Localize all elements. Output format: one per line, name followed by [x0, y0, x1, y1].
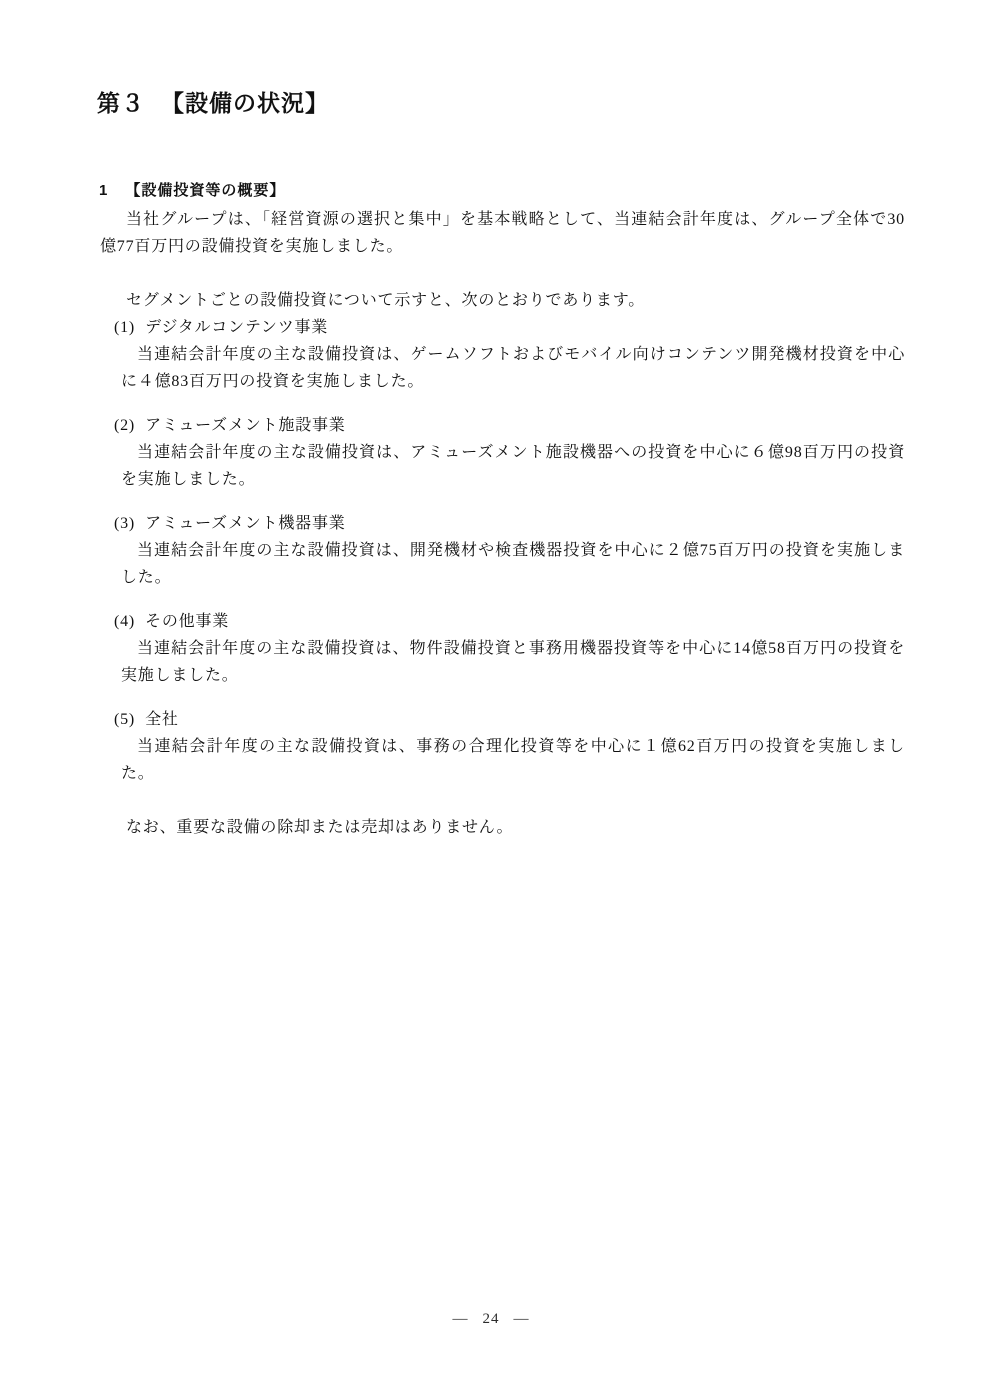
- chapter-number: 第３: [97, 90, 145, 116]
- section-heading: 1【設備投資等の概要】: [99, 183, 982, 198]
- section-title-text: 【設備投資等の概要】: [125, 182, 285, 199]
- segment-item-number: (5): [114, 711, 135, 728]
- segment-item-number: (1): [114, 319, 135, 336]
- intro-paragraph: 当社グループは、「経営資源の選択と集中」を基本戦略として、当連結会計年度は、グル…: [100, 206, 905, 260]
- segment-item-label: 全社: [145, 711, 179, 728]
- segment-item-2: (2)アミューズメント施設事業 当連結会計年度の主な設備投資は、アミューズメント…: [100, 412, 905, 493]
- section-content: 当社グループは、「経営資源の選択と集中」を基本戦略として、当連結会計年度は、グル…: [100, 206, 905, 841]
- page-footer: ―24―: [0, 1312, 982, 1327]
- lead-sentence: セグメントごとの設備投資について示すと、次のとおりであります。: [100, 287, 905, 314]
- segment-item-heading: (1)デジタルコンテンツ事業: [100, 314, 905, 341]
- chapter-title: 第３【設備の状況】: [97, 92, 982, 115]
- section-number: 1: [99, 182, 108, 199]
- segment-item-heading: (4)その他事業: [100, 608, 905, 635]
- footer-left-dash: ―: [453, 1311, 469, 1327]
- segment-item-heading: (3)アミューズメント機器事業: [100, 510, 905, 537]
- segment-item-body: 当連結会計年度の主な設備投資は、事務の合理化投資等を中心に１億62百万円の投資を…: [121, 733, 905, 787]
- segment-item-5: (5)全社 当連結会計年度の主な設備投資は、事務の合理化投資等を中心に１億62百…: [100, 706, 905, 787]
- segment-item-body: 当連結会計年度の主な設備投資は、ゲームソフトおよびモバイル向けコンテンツ開発機材…: [121, 341, 905, 395]
- footer-page-number: 24: [483, 1311, 500, 1327]
- segment-item-label: アミューズメント機器事業: [145, 515, 345, 532]
- segment-item-number: (4): [114, 613, 135, 630]
- segment-item-body: 当連結会計年度の主な設備投資は、開発機材や検査機器投資を中心に２億75百万円の投…: [121, 537, 905, 591]
- segment-item-3: (3)アミューズメント機器事業 当連結会計年度の主な設備投資は、開発機材や検査機…: [100, 510, 905, 591]
- closing-note: なお、重要な設備の除却または売却はありません。: [100, 814, 905, 841]
- chapter-title-text: 【設備の状況】: [161, 90, 329, 116]
- segment-item-body: 当連結会計年度の主な設備投資は、アミューズメント施設機器への投資を中心に６億98…: [121, 439, 905, 493]
- segment-item-heading: (2)アミューズメント施設事業: [100, 412, 905, 439]
- segment-item-label: デジタルコンテンツ事業: [145, 319, 328, 336]
- segment-item-4: (4)その他事業 当連結会計年度の主な設備投資は、物件設備投資と事務用機器投資等…: [100, 608, 905, 689]
- segment-item-label: その他事業: [145, 613, 229, 630]
- footer-right-dash: ―: [514, 1311, 530, 1327]
- segment-item-1: (1)デジタルコンテンツ事業 当連結会計年度の主な設備投資は、ゲームソフトおよび…: [100, 314, 905, 395]
- segment-item-number: (3): [114, 515, 135, 532]
- document-page: 第３【設備の状況】 1【設備投資等の概要】 当社グループは、「経営資源の選択と集…: [0, 0, 982, 1389]
- segment-item-number: (2): [114, 417, 135, 434]
- segment-item-label: アミューズメント施設事業: [145, 417, 345, 434]
- segment-item-body: 当連結会計年度の主な設備投資は、物件設備投資と事務用機器投資等を中心に14億58…: [121, 635, 905, 689]
- segment-item-heading: (5)全社: [100, 706, 905, 733]
